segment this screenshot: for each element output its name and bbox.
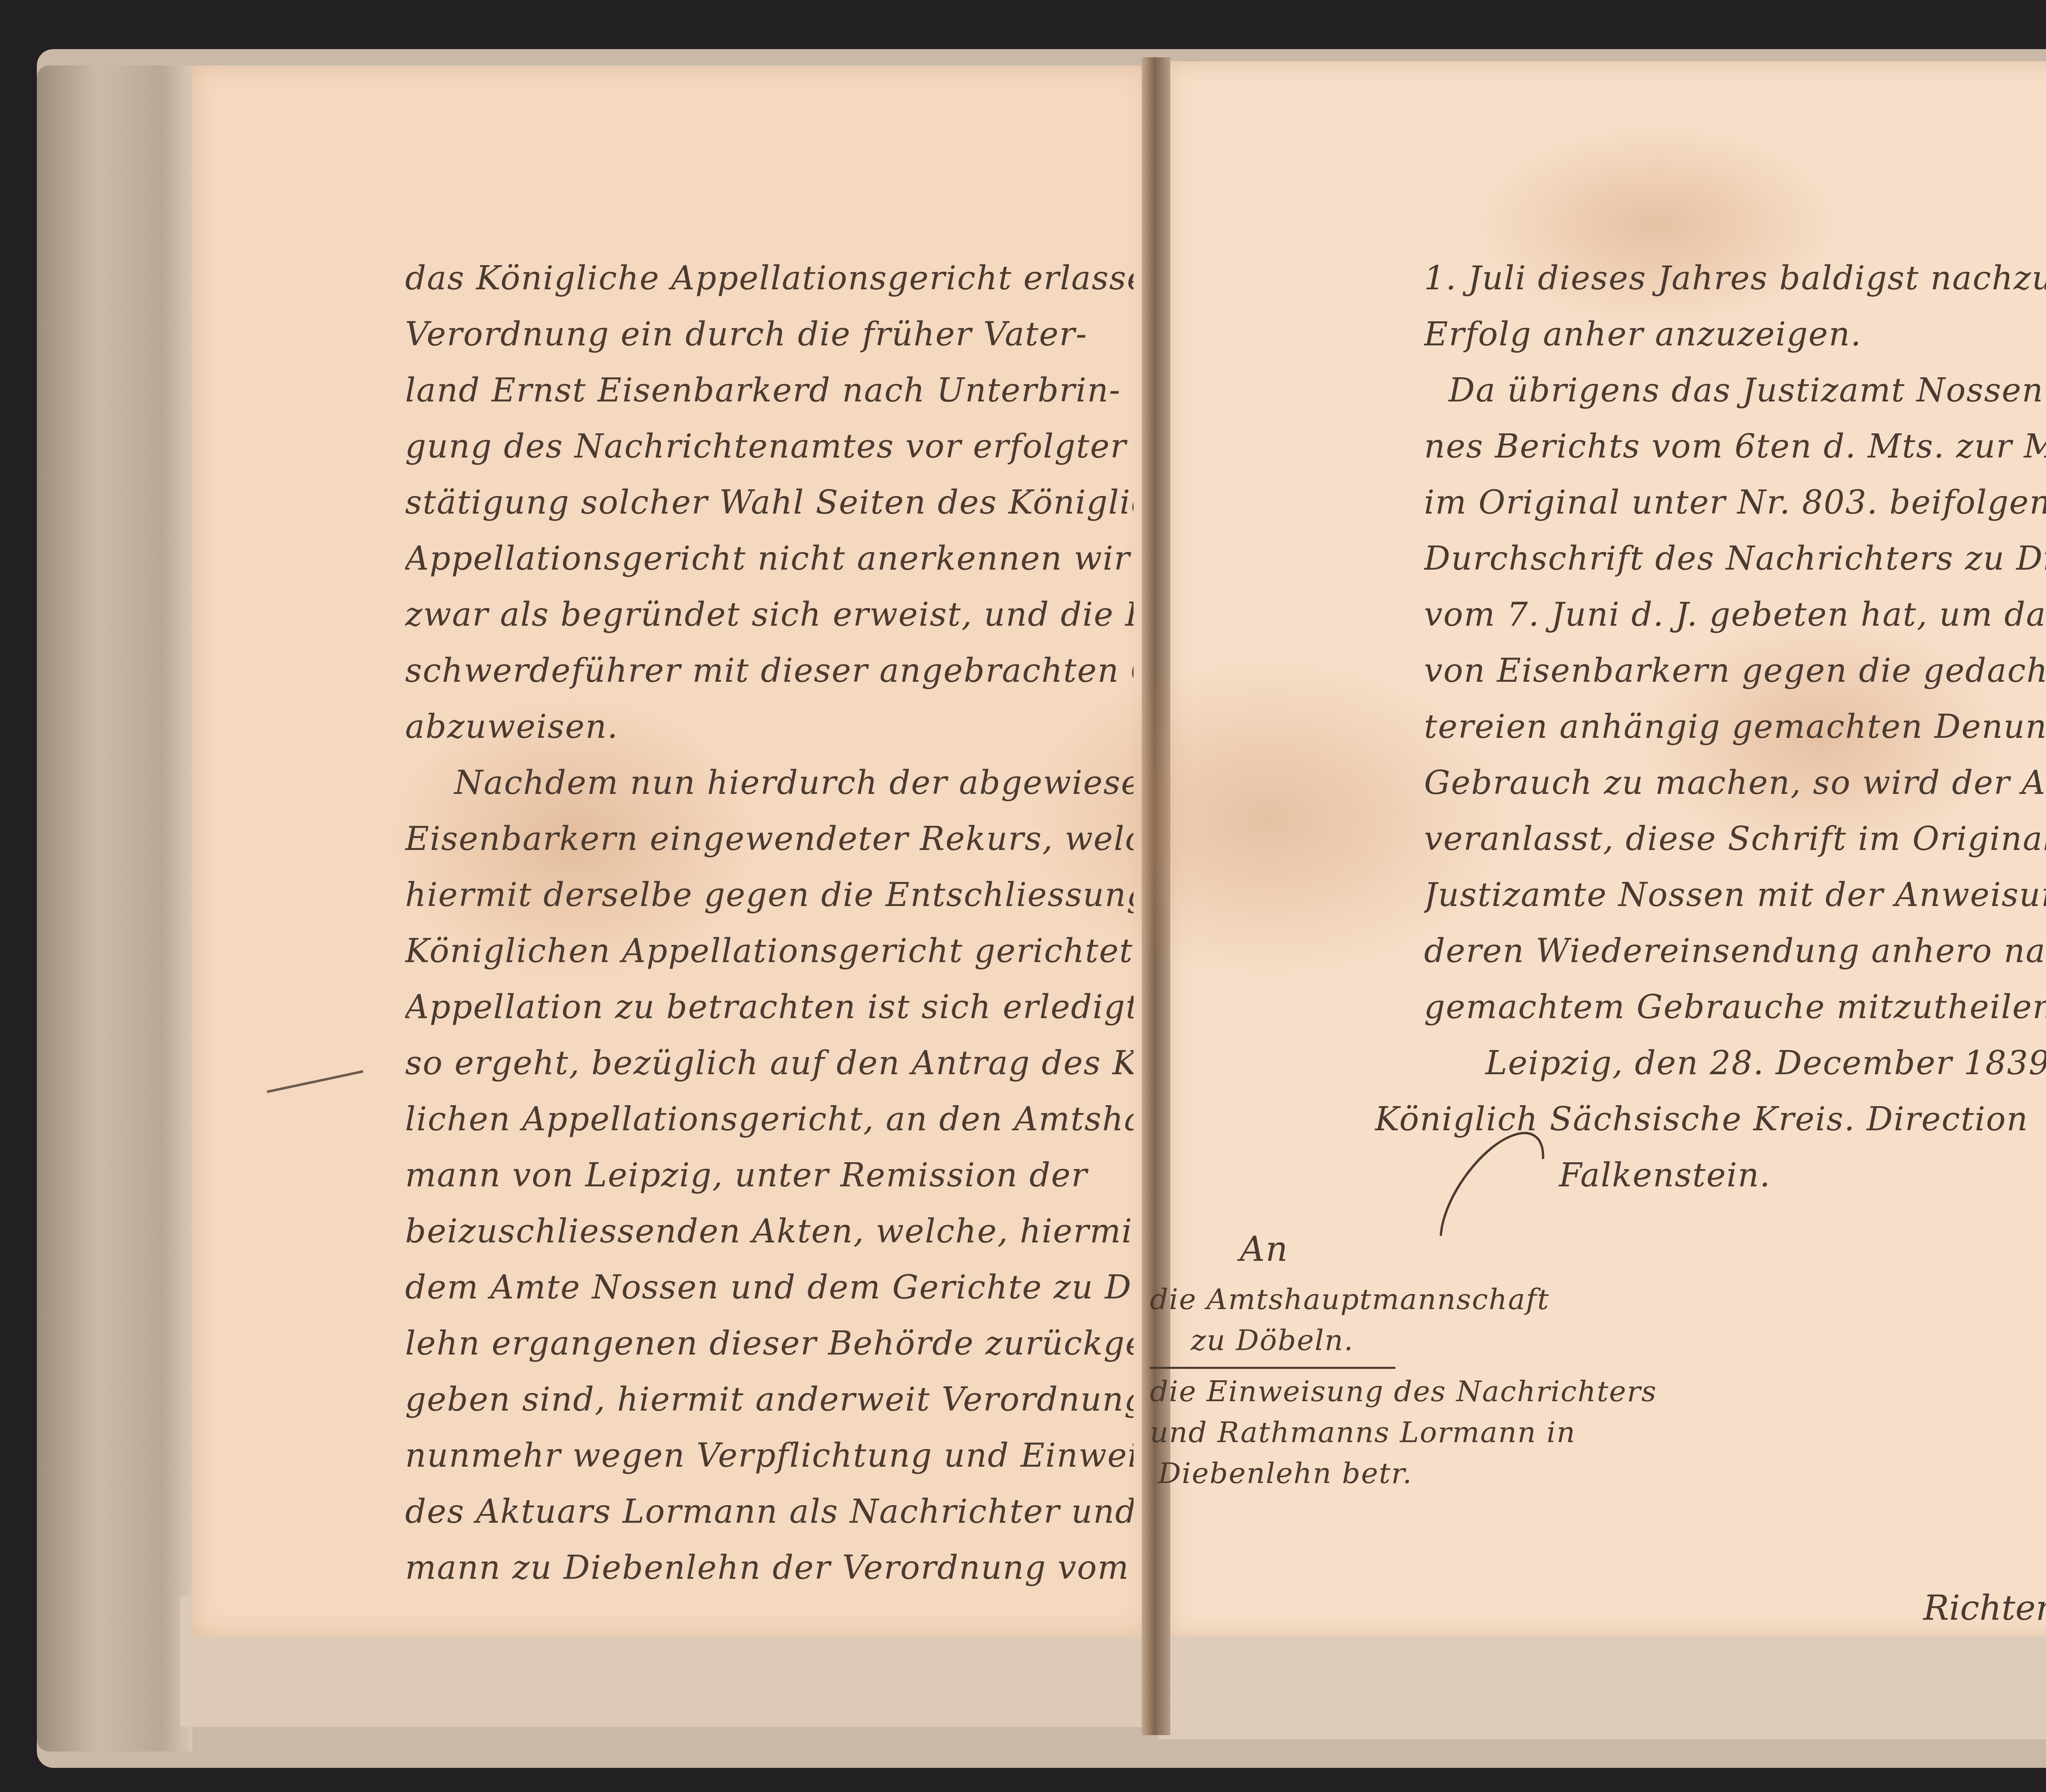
text-line: gung des Nachrichtenamtes vor erfolgter … <box>405 430 1133 486</box>
text-line: Verordnung ein durch die früher Vater- <box>405 318 1133 374</box>
text-line: dem Amte Nossen und dem Gerichte zu Dieb… <box>405 1271 1133 1327</box>
text-line: des Aktuars Lormann als Nachrichter und … <box>405 1495 1133 1551</box>
text-line: schwerdeführer mit dieser angebrachten G… <box>405 654 1133 710</box>
left-page-edges <box>37 65 192 1751</box>
issuing-authority: Königlich Sächsische Kreis. Direction <box>1375 1103 2046 1159</box>
text-line: Eisenbarkern eingewendeter Rekurs, welch… <box>405 823 1133 879</box>
text-line: beizuschliessenden Akten, welche, hiermi… <box>405 1215 1133 1271</box>
subject-line: die Einweisung des Nachrichters <box>1150 1377 1518 1418</box>
address-recipient: die Amtshauptmannschaft <box>1150 1285 1518 1326</box>
text-line: Erfolg anher anzuzeigen. <box>1424 318 2046 374</box>
text-line: deren Wiedereinsendung anhero nach davon <box>1424 935 2046 991</box>
text-line: Nachdem nun hierdurch der abgewiesene <box>405 766 1133 823</box>
right-page-text: 1. Juli dieses Jahres baldigst nachzugeh… <box>1424 262 2046 1215</box>
left-page-text: das Königliche Appellationsgericht erlas… <box>405 262 1133 1607</box>
text-line: lehn ergangenen dieser Behörde zurückge- <box>405 1327 1133 1383</box>
text-line: geben sind, hiermit anderweit Verordnung <box>405 1383 1133 1439</box>
subject-line: und Rathmanns Lormann in <box>1150 1418 1518 1459</box>
text-line: zwar als begründet sich erweist, und die… <box>405 598 1133 654</box>
text-line: hiermit derselbe gegen die Entschliessun… <box>405 879 1133 935</box>
address-location: zu Döbeln. <box>1150 1326 1395 1369</box>
text-line: vom 7. Juni d. J. gebeten hat, um davon … <box>1424 598 2046 654</box>
text-line: das Königliche Appellationsgericht erlas… <box>405 262 1133 318</box>
text-line: 1. Juli dieses Jahres baldigst nachzugeh… <box>1424 262 2046 318</box>
place-date: Leipzig, den 28. December 1839. <box>1424 1047 2046 1103</box>
text-line: nes Berichts vom 6ten d. Mts. zur Mitthe… <box>1424 430 2046 486</box>
text-line: stätigung solcher Wahl Seiten des Königl… <box>405 486 1133 542</box>
address-salutation: An <box>1150 1232 1518 1285</box>
text-line: gemachtem Gebrauche mitzutheilen. <box>1424 991 2046 1047</box>
text-line: Gebrauch zu machen, so wird der Amtshaup… <box>1424 766 2046 823</box>
text-line: im Original unter Nr. 803. beifolgenden … <box>1424 486 2046 542</box>
text-line: Justizamte Nossen mit der Anweisung zu <box>1424 879 2046 935</box>
text-line: Appellationsgericht nicht anerkennen wir <box>405 542 1133 598</box>
text-line: land Ernst Eisenbarkerd nach Unterbrin- <box>405 374 1133 430</box>
subject-line: Diebenlehn betr. <box>1150 1459 1518 1500</box>
text-line: mann zu Diebenlehn der Verordnung vom <box>405 1551 1133 1607</box>
text-line: mann von Leipzig, unter Remission der <box>405 1159 1133 1215</box>
text-line: Appellation zu betrachten ist sich erled… <box>405 991 1133 1047</box>
text-line: von Eisenbarkern gegen die gedachten Nac… <box>1424 654 2046 710</box>
text-line: Durchschrift des Nachrichters zu Diebenl… <box>1424 542 2046 598</box>
text-line: lichen Appellationsgericht, an den Amtsh… <box>405 1103 1133 1159</box>
text-line: Da übrigens das Justizamt Nossen mittels… <box>1424 374 2046 430</box>
text-line: veranlasst, diese Schrift im Originale d… <box>1424 823 2046 879</box>
clerk-signature: Richter <box>1923 1588 2046 1628</box>
text-line: so ergeht, bezüglich auf den Antrag des … <box>405 1047 1133 1103</box>
text-line: abzuweisen. <box>405 710 1133 766</box>
text-line: tereien anhängig gemachten Denunciations… <box>1424 710 2046 766</box>
address-block: An die Amtshauptmannschaft zu Döbeln. di… <box>1150 1232 1518 1500</box>
text-line: nunmehr wegen Verpflichtung und Einweisu… <box>405 1439 1133 1495</box>
text-line: Königlichen Appellationsgericht gerichte… <box>405 935 1133 991</box>
